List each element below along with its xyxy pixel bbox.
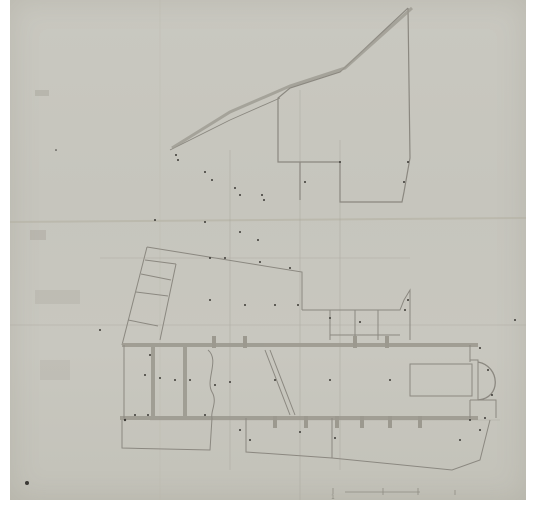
west-annex-outline	[122, 247, 302, 345]
scale-bar	[333, 488, 455, 495]
paper-fold-lines	[10, 0, 526, 500]
road-edge	[172, 8, 412, 148]
dimension-marks	[25, 149, 516, 485]
scale-bar-start-label: 1	[331, 494, 335, 501]
church-walls	[120, 345, 478, 418]
north-rooms-outline	[302, 290, 410, 340]
construction-lines	[10, 90, 526, 500]
north-plot-outline	[170, 8, 410, 202]
faint-margin-notes	[30, 90, 80, 380]
ground-plan-drawing	[0, 0, 536, 512]
church-outline	[124, 345, 496, 418]
church-piers	[212, 336, 422, 428]
